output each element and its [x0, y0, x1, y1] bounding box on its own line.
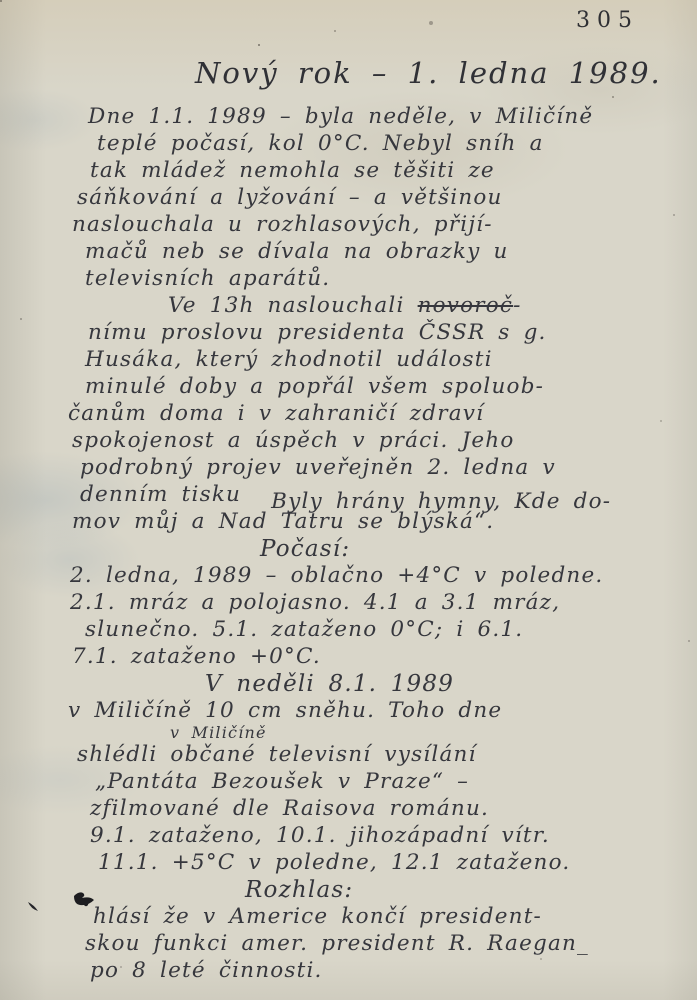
text-line: podrobný projev uveřejněn 2. ledna v	[80, 455, 667, 482]
text-line: teplé počasí, kol 0°C. Nebyl sníh a	[97, 131, 667, 158]
page-number: 305	[576, 8, 639, 33]
text-line: spokojenost a úspěch v práci. Jeho	[72, 428, 667, 455]
text-line: „Pantáta Bezoušek v Praze“ –	[95, 769, 667, 796]
section-heading-sunday: V neděli 8.1. 1989	[205, 671, 667, 698]
text-segment: Ve 13h naslouchali	[168, 293, 418, 318]
text-line: tak mládež nemohla se těšiti ze	[90, 158, 667, 185]
text-segment: denním tisku	[80, 482, 241, 507]
text-line: 2.1. mráz a polojasno. 4.1 a 3.1 mráz,	[70, 590, 667, 617]
chronicle-page: 305 Nový rok – 1. ledna 1989. Dne 1.1. 1…	[0, 0, 697, 1000]
text-segment: -	[513, 293, 521, 318]
text-line: 7.1. zataženo +0°C.	[72, 644, 667, 671]
section-heading-radio: Rozhlas:	[245, 877, 667, 904]
text-line: po 8 leté činnosti.	[90, 958, 667, 985]
text-line: v Miličíně 10 cm sněhu. Toho dne	[68, 698, 667, 725]
text-line: 2. ledna, 1989 – oblačno +4°C v poledne.	[70, 563, 667, 590]
text-line: 11.1. +5°C v poledne, 12.1 zataženo.	[98, 850, 667, 877]
text-line: Dne 1.1. 1989 – byla neděle, v Miličíně	[88, 104, 667, 131]
text-segment: Byly hrány hymny, Kde do-	[271, 489, 611, 515]
text-line: televisních aparátů.	[85, 266, 667, 293]
entry-body: Dne 1.1. 1989 – byla neděle, v Miličíně …	[0, 104, 697, 985]
text-line: minulé doby a popřál všem spoluob-	[85, 374, 667, 401]
entry-title: Nový rok – 1. ledna 1989.	[110, 56, 697, 90]
text-line: zfilmované dle Raisova románu.	[90, 796, 667, 823]
text-line: denním tiskuByly hrány hymny, Kde do-	[80, 482, 667, 509]
paper-specks	[0, 0, 2, 2]
text-line: nímu proslovu presidenta ČSSR s g.	[88, 320, 667, 347]
interlinear-insert: v Miličíně	[170, 725, 667, 742]
margin-ink-mark	[22, 888, 112, 922]
text-line: slunečno. 5.1. zataženo 0°C; i 6.1.	[85, 617, 667, 644]
text-line: mačů neb se dívala na obrazky u	[85, 239, 667, 266]
text-line: skou funkci amer. president R. Raegan_	[85, 931, 667, 958]
text-line: Husáka, který zhodnotil události	[85, 347, 667, 374]
text-line: hlásí že v Americe končí president-	[93, 904, 667, 931]
text-line: naslouchala u rozhlasových, přijí-	[72, 212, 667, 239]
text-line: čanům doma i v zahraničí zdraví	[68, 401, 667, 428]
section-heading-weather: Počasí:	[260, 536, 667, 563]
text-line: sáňkování a lyžování – a většinou	[77, 185, 667, 212]
text-line: shlédli občané televisní vysílání	[77, 742, 667, 769]
text-line: Ve 13h naslouchali novoroč-	[168, 293, 667, 320]
text-line: 9.1. zataženo, 10.1. jihozápadní vítr.	[90, 823, 667, 850]
struck-word: novoroč	[418, 293, 514, 318]
